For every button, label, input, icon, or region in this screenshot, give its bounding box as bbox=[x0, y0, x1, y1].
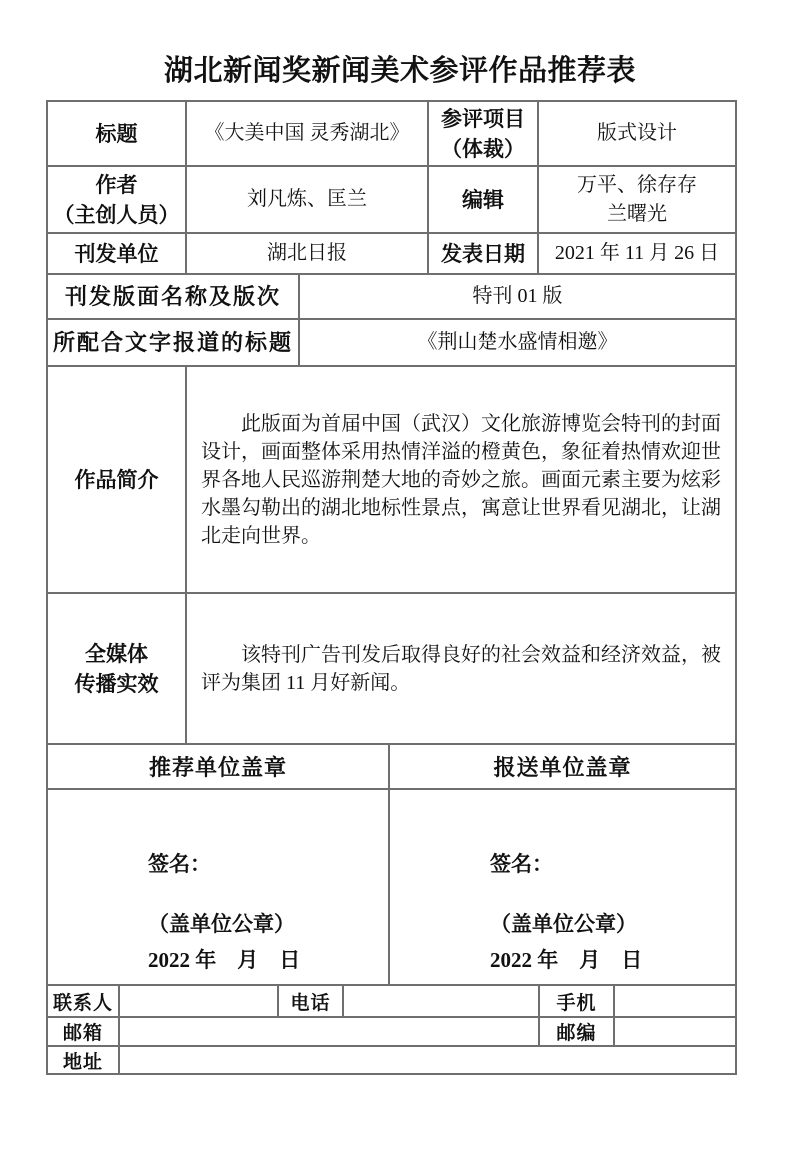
row-work-intro: 作品简介 此版面为首届中国（武汉）文化旅游博览会特刊的封面设计，画面整体采用热情… bbox=[48, 367, 737, 594]
row-media-effect: 全媒体 传播实效 该特刊广告刊发后取得良好的社会效益和经济效益，被评为集团 11… bbox=[48, 594, 737, 745]
row-publisher: 刊发单位 湖北日报 发表日期 2021 年 11 月 26 日 bbox=[48, 234, 737, 275]
publisher-value: 湖北日报 bbox=[187, 234, 429, 275]
submit-date-line: 2022 年 月 日 bbox=[490, 948, 642, 972]
media-effect-text: 该特刊广告刊发后取得良好的社会效益和经济效益，被评为集团 11 月好新闻。 bbox=[187, 641, 735, 697]
phone-label: 电话 bbox=[279, 986, 344, 1018]
page-edition-label: 刊发版面名称及版次 bbox=[48, 275, 300, 320]
publish-date-label: 发表日期 bbox=[429, 234, 539, 275]
author-label: 作者 （主创人员） bbox=[48, 167, 187, 234]
contact-label: 联系人 bbox=[48, 986, 120, 1018]
recommend-unit-seal-header: 推荐单位盖章 bbox=[48, 745, 390, 790]
submit-signature-cell: 签名： （盖单位公章） 2022 年 月 日 bbox=[390, 790, 737, 986]
mobile-field bbox=[615, 986, 737, 1018]
editor-value: 万平、徐存存 兰曙光 bbox=[539, 167, 737, 234]
row-address: 地址 bbox=[48, 1047, 737, 1075]
title-label: 标题 bbox=[48, 102, 187, 167]
row-title: 标题 《大美中国 灵秀湖北》 参评项目 （体裁） 版式设计 bbox=[48, 102, 737, 167]
document-page: 湖北新闻奖新闻美术参评作品推荐表 标题 《大美中国 灵秀湖北》 参评项目 （体裁… bbox=[0, 0, 800, 1176]
related-report-label: 所配合文字报道的标题 bbox=[48, 320, 300, 367]
page-title: 湖北新闻奖新闻美术参评作品推荐表 bbox=[0, 55, 800, 87]
postcode-label: 邮编 bbox=[540, 1018, 615, 1047]
address-label: 地址 bbox=[48, 1047, 120, 1075]
submit-seal-label: （盖单位公章） bbox=[490, 912, 642, 936]
phone-field bbox=[344, 986, 540, 1018]
address-field bbox=[120, 1047, 737, 1075]
category-value: 版式设计 bbox=[539, 102, 737, 167]
media-effect-cell: 该特刊广告刊发后取得良好的社会效益和经济效益，被评为集团 11 月好新闻。 bbox=[187, 594, 737, 745]
contact-name-field bbox=[120, 986, 279, 1018]
work-intro-label: 作品简介 bbox=[48, 367, 187, 594]
email-label: 邮箱 bbox=[48, 1018, 120, 1047]
author-value: 刘凡炼、匡兰 bbox=[187, 167, 429, 234]
publish-date-value: 2021 年 11 月 26 日 bbox=[539, 234, 737, 275]
work-intro-cell: 此版面为首届中国（武汉）文化旅游博览会特刊的封面设计，画面整体采用热情洋溢的橙黄… bbox=[187, 367, 737, 594]
recommend-seal-label: （盖单位公章） bbox=[148, 912, 300, 936]
email-field bbox=[120, 1018, 540, 1047]
publisher-label: 刊发单位 bbox=[48, 234, 187, 275]
category-label: 参评项目 （体裁） bbox=[429, 102, 539, 167]
page-edition-value: 特刊 01 版 bbox=[300, 275, 737, 320]
row-email: 邮箱 邮编 bbox=[48, 1018, 737, 1047]
row-author: 作者 （主创人员） 刘凡炼、匡兰 编辑 万平、徐存存 兰曙光 bbox=[48, 167, 737, 234]
recommend-signature-cell: 签名： （盖单位公章） 2022 年 月 日 bbox=[48, 790, 390, 986]
media-effect-label: 全媒体 传播实效 bbox=[48, 594, 187, 745]
recommendation-form-table: 标题 《大美中国 灵秀湖北》 参评项目 （体裁） 版式设计 作者 （主创人员） … bbox=[46, 100, 737, 1075]
row-signatures: 签名： （盖单位公章） 2022 年 月 日 签名： （盖单位公章） 2022 … bbox=[48, 790, 737, 986]
mobile-label: 手机 bbox=[540, 986, 615, 1018]
row-contact: 联系人 电话 手机 bbox=[48, 986, 737, 1018]
row-seal-headers: 推荐单位盖章 报送单位盖章 bbox=[48, 745, 737, 790]
postcode-field bbox=[615, 1018, 737, 1047]
related-report-value: 《荆山楚水盛情相邀》 bbox=[300, 320, 737, 367]
work-intro-text: 此版面为首届中国（武汉）文化旅游博览会特刊的封面设计，画面整体采用热情洋溢的橙黄… bbox=[187, 410, 735, 550]
recommend-sign-label: 签名： bbox=[148, 852, 300, 876]
recommend-signature-block: 签名： （盖单位公章） 2022 年 月 日 bbox=[48, 790, 300, 972]
title-value: 《大美中国 灵秀湖北》 bbox=[187, 102, 429, 167]
submit-signature-block: 签名： （盖单位公章） 2022 年 月 日 bbox=[390, 790, 642, 972]
editor-label: 编辑 bbox=[429, 167, 539, 234]
recommend-date-line: 2022 年 月 日 bbox=[148, 948, 300, 972]
submit-sign-label: 签名： bbox=[490, 852, 642, 876]
row-page-edition: 刊发版面名称及版次 特刊 01 版 bbox=[48, 275, 737, 320]
submit-unit-seal-header: 报送单位盖章 bbox=[390, 745, 737, 790]
row-related-report: 所配合文字报道的标题 《荆山楚水盛情相邀》 bbox=[48, 320, 737, 367]
